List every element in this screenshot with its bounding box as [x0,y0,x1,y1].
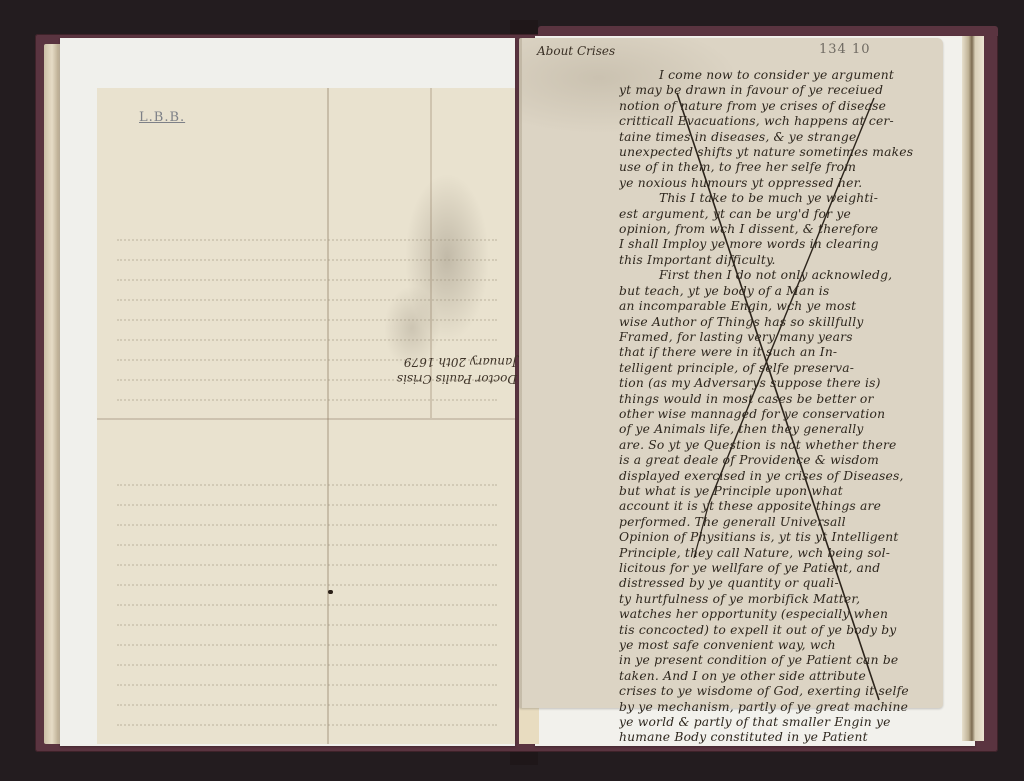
text-line: I come now to consider ye argument [619,68,939,83]
text-line: wise Author of Things has so skillfully [619,315,939,330]
endorsement: Doctor Paulis Crisis January 20th 1679 [357,353,517,387]
text-line: unexpected shifts yt nature sometimes ma… [619,145,939,160]
text-line: I shall Imploy ye more words in clearing [619,237,939,252]
text-line: ye most safe convenient way, wch [619,638,939,653]
text-line: other wise mannaged for ye conservation [619,407,939,422]
ink-blot [328,590,333,594]
endorsement-line: January 20th 1679 [357,353,517,370]
folio-number: 134 10 [819,42,871,57]
text-line: ye world & partly of that smaller Engin … [619,715,939,730]
text-line: notion of nature from ye crises of disea… [619,99,939,114]
text-line: displayed exercised in ye crises of Dise… [619,469,939,484]
pencil-shelfmark: L.B.B. [139,110,185,125]
text-line: licitous for ye wellfare of ye Patient, … [619,561,939,576]
show-through-text-lower [117,483,497,743]
text-line: Opinion of Physitians is, yt tis yt Inte… [619,530,939,545]
text-line: of ye Animals life, then they generally [619,422,939,437]
text-line: opinion, from wch I dissent, & therefore [619,222,939,237]
text-line: use of in them, to free her selfe from [619,160,939,175]
page-heading: About Crises [537,44,615,58]
text-line: are. So yt ye Question is not whether th… [619,438,939,453]
text-line: critticall Evacuations, wch happens at c… [619,114,939,129]
text-line: First then I do not only acknowledg, [619,268,939,283]
text-line: but what is ye Principle upon what [619,484,939,499]
text-line: tis concocted) to expell it out of ye bo… [619,623,939,638]
text-line: performed. The generall Universall [619,515,939,530]
endorsement-line: Doctor Paulis Crisis [357,370,517,387]
right-leaf-edges [962,36,984,741]
right-manuscript-page: About Crises 134 10 I come now to consid… [519,38,943,708]
text-line: Principle, they call Nature, wch being s… [619,546,939,561]
manuscript-text: I come now to consider ye argument yt ma… [619,68,939,746]
text-line: ty hurtfulness of ye morbifick Matter, [619,592,939,607]
show-through-text-upper [117,238,497,418]
text-line: account it is yt these apposite things a… [619,499,939,514]
text-line: in ye present condition of ye Patient ca… [619,653,939,668]
text-line: that if there were in it such an In- [619,345,939,360]
text-line: This I take to be much ye weighti- [619,191,939,206]
text-line: things would in most cases be better or [619,392,939,407]
text-line: an incomparable Engin, wch ye most [619,299,939,314]
text-line: est argument, yt can be urg'd for ye [619,207,939,222]
text-line: is a great deale of Providence & wisdom [619,453,939,468]
text-line: watches her opportunity (especially when [619,607,939,622]
text-line: but teach, yt ye body of a Man is [619,284,939,299]
left-manuscript-page: L.B.B. Doctor Paulis Crisis January 20th… [97,88,515,744]
text-line: this Important difficulty. [619,253,939,268]
text-line: yt may be drawn in favour of ye receiued [619,83,939,98]
text-line: crises to ye wisdome of God, exerting it… [619,684,939,699]
text-line: taken. And I on ye other side attribute [619,669,939,684]
text-line: Framed, for lasting very many years [619,330,939,345]
text-line: telligent principle, of selfe preserva- [619,361,939,376]
text-line: taine times in diseases, & ye strange [619,130,939,145]
text-line: tion (as my Adversarys suppose there is) [619,376,939,391]
text-line: humane Body constituted in ye Patient [619,730,939,745]
text-line: by ye mechanism, partly of ye great mach… [619,700,939,715]
text-line: ye noxious humours yt oppressed her. [619,176,939,191]
cover-edge [538,26,998,36]
text-line: distressed by ye quantity or quali- [619,576,939,591]
